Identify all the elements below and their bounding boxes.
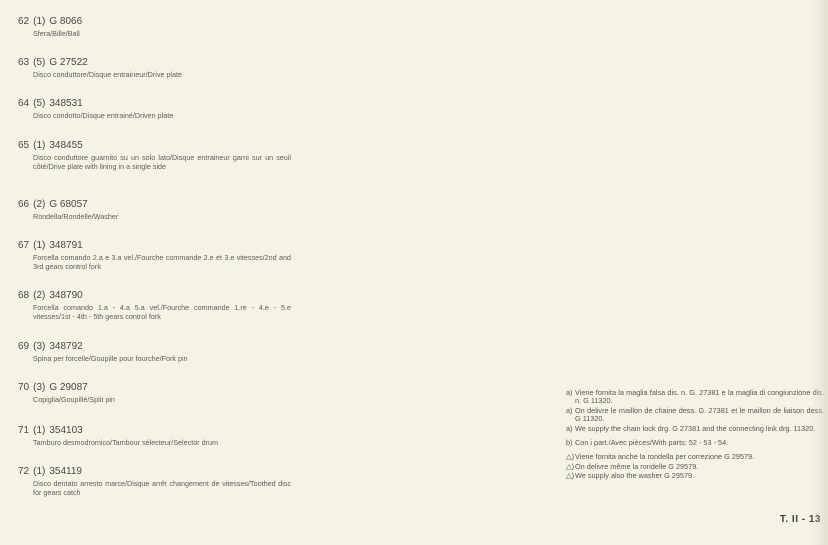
page-edge-shadow xyxy=(810,0,828,545)
footnote-text: On delivre même la rondelle G 29579. xyxy=(575,463,824,471)
part-code: G 68057 xyxy=(49,199,87,210)
part-entry: 64(5)348531 Disco condotto/Disque entrai… xyxy=(18,98,288,121)
footnote: a)Viene fornita la maglia falsa dis. n. … xyxy=(566,389,824,406)
part-header: 64(5)348531 xyxy=(18,98,288,110)
footnote-mark: a) xyxy=(566,407,575,424)
footnote: b)Con i part./Avec pièces/With parts: 52… xyxy=(566,439,824,447)
part-qty: (2) xyxy=(33,290,45,301)
part-ref: 69 xyxy=(18,341,29,352)
part-ref: 72 xyxy=(18,466,29,477)
part-description: Rondella/Rondelle/Washer xyxy=(33,213,291,222)
part-entry: 66(2)G 68057 Rondella/Rondelle/Washer xyxy=(18,199,288,222)
part-description: Forcella comando 1.a - 4.a 5.a vel./Four… xyxy=(33,304,291,321)
part-code: G 29087 xyxy=(49,382,87,393)
triangle-icon: △) xyxy=(566,463,575,471)
part-ref: 63 xyxy=(18,57,29,68)
part-entry: 70(3)G 29087 Copiglia/Goupillé/Split pin xyxy=(18,382,288,405)
part-code: 348531 xyxy=(49,98,82,109)
footnote-text: Viene fornita la maglia falsa dis. n. G.… xyxy=(575,389,824,406)
part-qty: (1) xyxy=(33,240,45,251)
part-header: 63(5)G 27522 xyxy=(18,57,288,69)
part-qty: (1) xyxy=(33,16,45,27)
part-header: 70(3)G 29087 xyxy=(18,382,288,394)
part-qty: (3) xyxy=(33,341,45,352)
part-entry: 62(1)G 8066 Sfera/Bille/Ball xyxy=(18,16,288,39)
show-through-header xyxy=(300,6,828,20)
part-ref: 68 xyxy=(18,290,29,301)
part-qty: (1) xyxy=(33,140,45,151)
part-ref: 64 xyxy=(18,98,29,109)
footnote-text: We supply also the washer G 29579. xyxy=(575,472,824,480)
part-entry: 69(3)348792 Spina per forcelle/Goupille … xyxy=(18,341,288,364)
part-entry: 67(1)348791 Forcella comando 2.a e 3.a v… xyxy=(18,240,288,271)
triangle-icon: △) xyxy=(566,472,575,480)
part-description: Forcella comando 2.a e 3.a vel./Fourche … xyxy=(33,254,291,271)
part-ref: 66 xyxy=(18,199,29,210)
part-header: 72(1)354119 xyxy=(18,466,288,478)
part-entry: 71(1)354103 Tamburo desmodromico/Tambour… xyxy=(18,425,288,448)
part-code: 348790 xyxy=(49,290,82,301)
part-description: Spina per forcelle/Goupille pour fourche… xyxy=(33,355,291,364)
part-description: Disco dentato arresto marce/Disque arrêt… xyxy=(33,480,291,497)
part-code: 354119 xyxy=(49,466,82,477)
footnote: a)On delivre le maillon de chaine dess. … xyxy=(566,407,824,424)
part-entry: 68(2)348790 Forcella comando 1.a - 4.a 5… xyxy=(18,290,288,321)
footnote-mark: b) xyxy=(566,439,575,447)
part-entry: 72(1)354119 Disco dentato arresto marce/… xyxy=(18,466,288,497)
part-qty: (1) xyxy=(33,466,45,477)
footnote: a)We supply the chain lock drg. G 27381 … xyxy=(566,425,824,433)
footnote: △)Viene fornita anche la rondella per co… xyxy=(566,453,824,461)
part-ref: 71 xyxy=(18,425,29,436)
footnotes: a)Viene fornita la maglia falsa dis. n. … xyxy=(566,389,824,482)
part-description: Disco conduttore guarnito su un solo lat… xyxy=(33,154,291,171)
part-header: 67(1)348791 xyxy=(18,240,288,252)
part-ref: 67 xyxy=(18,240,29,251)
part-header: 68(2)348790 xyxy=(18,290,288,302)
part-header: 65(1)348455 xyxy=(18,140,288,152)
part-qty: (1) xyxy=(33,425,45,436)
part-ref: 70 xyxy=(18,382,29,393)
part-entry: 63(5)G 27522 Disco conduttore/Disque ent… xyxy=(18,57,288,80)
part-header: 69(3)348792 xyxy=(18,341,288,353)
footnote-mark: a) xyxy=(566,425,575,433)
part-entry: 65(1)348455 Disco conduttore guarnito su… xyxy=(18,140,288,171)
footnote-text: Viene fornita anche la rondella per corr… xyxy=(575,453,824,461)
part-qty: (3) xyxy=(33,382,45,393)
part-qty: (2) xyxy=(33,199,45,210)
footnote-mark: a) xyxy=(566,389,575,406)
part-description: Disco conduttore/Disque entraineur/Drive… xyxy=(33,71,291,80)
part-description: Disco condotto/Disque entrainé/Driven pl… xyxy=(33,112,291,121)
part-qty: (5) xyxy=(33,57,45,68)
part-qty: (5) xyxy=(33,98,45,109)
part-ref: 65 xyxy=(18,140,29,151)
footnote-text: Con i part./Avec pièces/With parts: 52 -… xyxy=(575,439,824,447)
part-header: 71(1)354103 xyxy=(18,425,288,437)
part-description: Tamburo desmodromico/Tambour sélecteur/S… xyxy=(33,439,291,448)
footnote-text: On delivre le maillon de chaine dess. G.… xyxy=(575,407,824,424)
part-description: Copiglia/Goupillé/Split pin xyxy=(33,396,291,405)
footnote-text: We supply the chain lock drg. G 27381 an… xyxy=(575,425,824,433)
part-code: G 8066 xyxy=(49,16,82,27)
part-code: 348791 xyxy=(49,240,82,251)
part-description: Sfera/Bille/Ball xyxy=(33,30,291,39)
part-code: 348455 xyxy=(49,140,82,151)
part-header: 66(2)G 68057 xyxy=(18,199,288,211)
part-code: 348792 xyxy=(49,341,82,352)
footnote: △)We supply also the washer G 29579. xyxy=(566,472,824,480)
footnote: △)On delivre même la rondelle G 29579. xyxy=(566,463,824,471)
part-header: 62(1)G 8066 xyxy=(18,16,288,28)
part-code: 354103 xyxy=(49,425,82,436)
part-ref: 62 xyxy=(18,16,29,27)
triangle-icon: △) xyxy=(566,453,575,461)
part-code: G 27522 xyxy=(49,57,87,68)
